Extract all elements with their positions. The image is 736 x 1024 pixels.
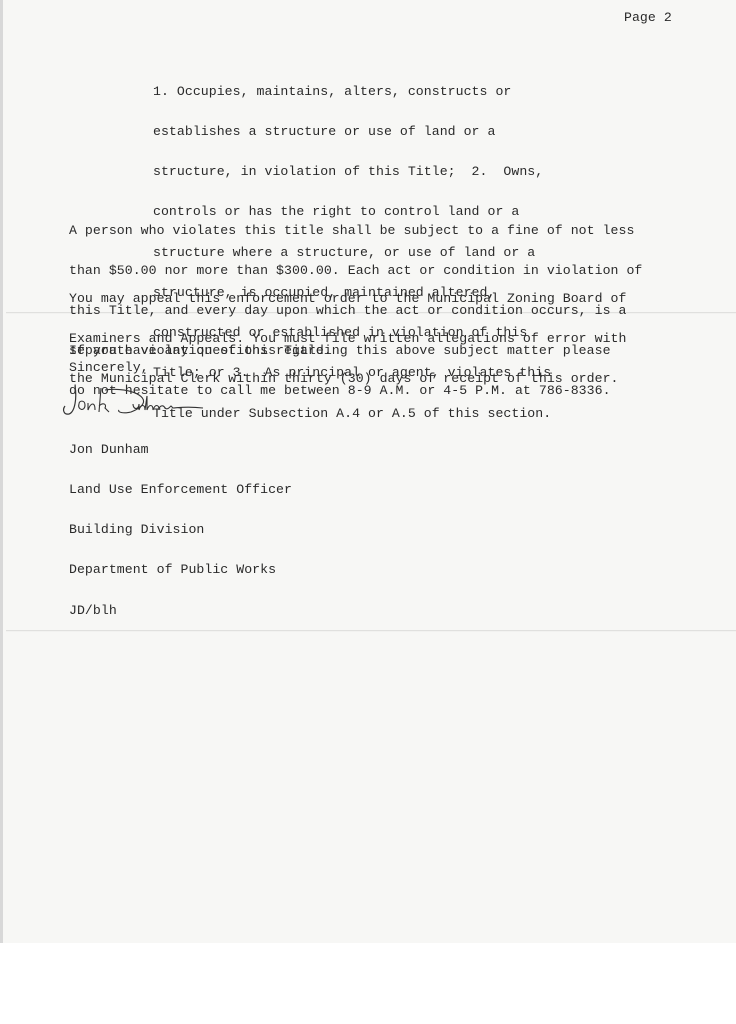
- text-line: establishes a structure or use of land o…: [153, 125, 551, 138]
- signature-icon: [61, 378, 211, 420]
- signatory-name: Jon Dunham: [69, 443, 292, 456]
- signatory-department: Department of Public Works: [69, 563, 292, 576]
- text-line: structure, in violation of this Title; 2…: [153, 165, 551, 178]
- text-line: 1. Occupies, maintains, alters, construc…: [153, 85, 551, 98]
- signatory-title: Land Use Enforcement Officer: [69, 483, 292, 496]
- closing-salutation: Sincerely,: [69, 361, 149, 374]
- signature-block: Jon Dunham Land Use Enforcement Officer …: [69, 416, 292, 644]
- text-line: A person who violates this title shall b…: [69, 224, 642, 237]
- letter-page: Page 2 1. Occupies, maintains, alters, c…: [0, 0, 736, 943]
- text-line: If you have any questions regarding this…: [69, 344, 611, 357]
- text-line: You may appeal this enforcement order to…: [69, 292, 626, 305]
- page-number: Page 2: [624, 11, 672, 24]
- reference-initials: JD/blh: [69, 604, 292, 617]
- signatory-division: Building Division: [69, 523, 292, 536]
